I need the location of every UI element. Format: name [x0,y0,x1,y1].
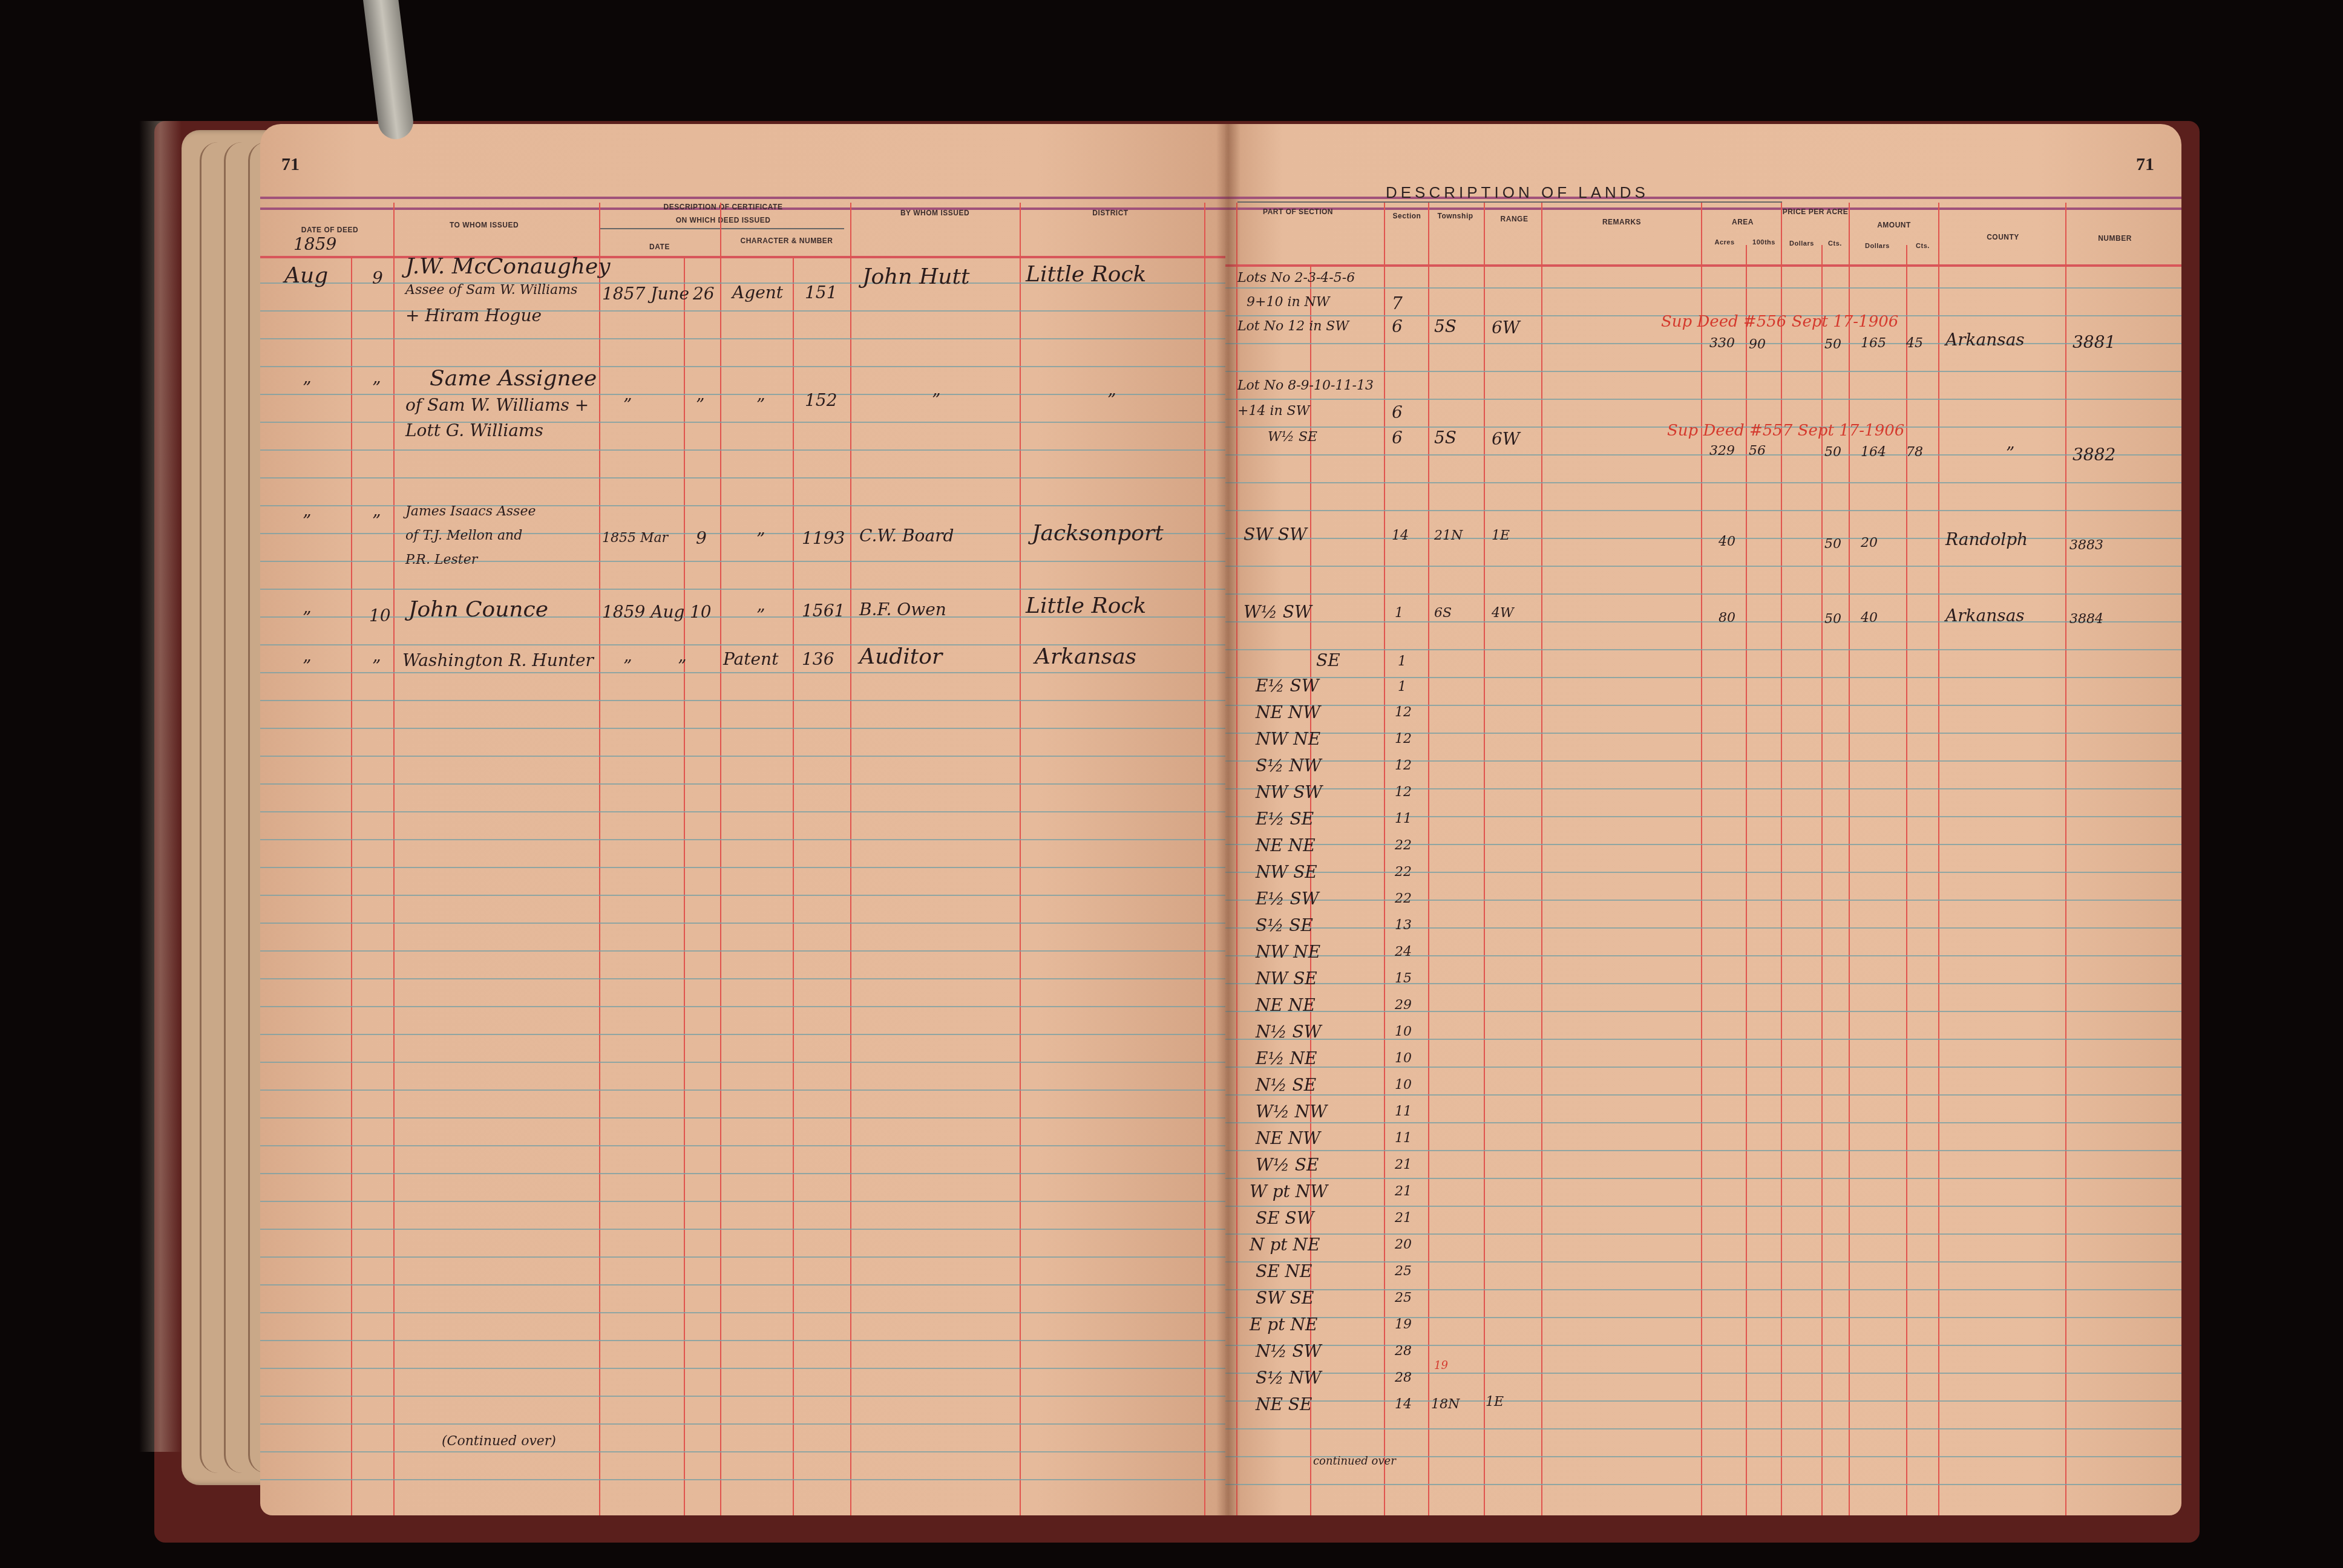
entry-2-district: ” [1107,390,1116,410]
land-part: SE NE [1256,1261,1312,1281]
col-district: DISTRICT [1017,209,1204,217]
land-section: 7 [1392,293,1403,313]
land-part: W½ SW [1244,602,1312,622]
ruled-line [1225,1484,2181,1485]
entry-5-by-whom: Auditor [859,644,942,669]
entry-1-grantee-1: J.W. McConaughey [405,254,611,279]
ruled-line [1225,927,2181,929]
col-line [1906,245,1907,1515]
land-section: 19 [1395,1317,1412,1332]
entry-5-cert-day: ” [678,656,686,676]
ruled-line [1225,482,2181,483]
ruled-line [260,1340,1231,1341]
land-township: 5S [1434,428,1457,448]
col-line [793,257,794,1515]
land-township: 21N [1434,528,1463,543]
metal-bookmark [363,0,415,141]
ruled-line [260,1201,1231,1202]
ruled-line [1225,593,2181,595]
entry-1-cert-day: 26 [693,284,715,304]
entry-2-grantee-1: Same Assignee [430,366,597,391]
ruled-line [260,978,1231,979]
ruled-line [1225,566,2181,567]
entry-2-cert-day: ” [696,395,704,415]
ruled-line [260,1368,1231,1369]
entry-2-grantee-2: of Sam W. Williams + [405,395,589,415]
acres: 40 [1719,534,1735,549]
ruled-line [260,1256,1231,1258]
record-number: 3882 [2073,445,2115,465]
land-part: NE SE [1256,1394,1312,1414]
land-part: NW NE [1256,729,1320,749]
amount-dollars: 40 [1861,610,1878,626]
col-line [599,203,600,1515]
ruled-line [1225,454,2181,456]
land-section: 12 [1395,731,1412,746]
land-section: 6 [1392,402,1403,422]
land-part: 9+10 in NW [1247,295,1329,310]
ruled-line [260,1173,1231,1174]
entry-5-cert-date: ” [623,656,632,676]
ruled-line [260,839,1231,840]
land-part: NW SE [1256,862,1317,882]
ruled-line [260,1284,1231,1285]
land-part: S½ SE [1256,915,1313,935]
ruled-line [1225,1011,2181,1012]
entry-4-month: ” [303,608,311,628]
ruled-line [260,1479,1231,1480]
land-section: 6 [1392,428,1403,448]
entry-3-grantee-2: of T.J. Mellon and [405,528,522,543]
ruled-line [1225,621,2181,622]
land-section: 10 [1395,1051,1412,1066]
ruled-line [1225,371,2181,372]
land-range: 1E [1486,1394,1504,1410]
col-character-number: CHARACTER & NUMBER [726,237,847,245]
col-area: AREA [1703,218,1782,226]
ruled-line [260,811,1231,812]
price-cts: 50 [1824,445,1841,460]
col-line [1020,203,1021,1515]
col-to-whom-issued: TO WHOM ISSUED [405,221,563,229]
ruled-line [260,672,1231,673]
header-band [1225,197,2181,210]
ruled-line [1225,677,2181,678]
ruled-line [1225,399,2181,400]
ruled-line [260,1062,1231,1063]
ruled-line [1225,1067,2181,1068]
land-part: SE SW [1256,1208,1314,1228]
record-number: 3884 [2069,612,2103,627]
col-price-dollars: Dollars [1782,240,1821,247]
land-township: 18N [1431,1397,1460,1412]
ruled-line [1225,844,2181,845]
county: Arkansas [1945,330,2025,350]
land-section: 29 [1395,998,1412,1013]
entry-2-month: ” [303,378,311,398]
ruled-line [1225,788,2181,789]
county: Randolph [1945,529,2028,549]
ruled-line [260,449,1231,451]
ruled-line [260,1229,1231,1230]
ruled-line [1225,510,2181,511]
land-section: 11 [1395,1131,1412,1146]
entry-4-cert-day: 10 [690,602,712,622]
land-township: 5S [1434,316,1457,336]
entry-5-month: ” [303,656,311,676]
col-cert-date: DATE [599,243,720,251]
entry-2-character: ” [756,395,765,415]
land-section: 20 [1395,1237,1412,1252]
ruled-line [260,1034,1231,1035]
remark-red: Sup Deed #557 Sept 17-1906 [1667,422,1904,440]
land-range: 6W [1492,429,1520,449]
col-line [393,203,395,1515]
land-part: SW SW [1244,524,1307,544]
land-township: 6S [1434,606,1452,621]
amount-dollars: 165 [1861,336,1886,351]
ruled-line [1225,1345,2181,1346]
ruled-line [1225,1039,2181,1040]
land-section: 1 [1398,654,1406,669]
ruled-line [260,1312,1231,1313]
land-section: 12 [1395,785,1412,800]
year-label: 1859 [293,234,336,254]
entry-1-month: Aug [284,263,328,288]
land-section: 11 [1395,811,1412,826]
remark-red: Sup Deed #556 Sept 17-1906 [1661,313,1898,331]
entry-5-grantee-1: Washington R. Hunter [402,650,594,670]
col-number: NUMBER [2066,234,2163,243]
ruled-line [1225,1206,2181,1207]
land-part: SE [1316,650,1340,670]
land-part: NE NE [1256,995,1316,1015]
land-range: 4W [1492,606,1514,621]
entry-3-character: ” [756,529,765,549]
land-part: E½ SW [1256,889,1319,909]
entry-5-number: 136 [802,649,834,669]
land-section: 21 [1395,1210,1412,1226]
ruled-line [260,923,1231,924]
entry-1-district: Little Rock [1026,262,1146,287]
ruled-line [260,1145,1231,1146]
ruled-line [1225,538,2181,539]
ruled-line [260,728,1231,729]
header-bottom-rule [1225,264,2181,267]
land-section: 22 [1395,838,1412,853]
ruled-line [1225,1373,2181,1374]
land-part: N pt NE [1250,1235,1320,1255]
col-section: Section [1386,212,1428,220]
price-cts: 50 [1824,537,1841,552]
page-number-right: 71 [2136,154,2154,175]
land-section: 15 [1395,971,1412,986]
land-part: Lot No 8-9-10-11-13 [1237,378,1374,393]
land-part: W pt NW [1250,1181,1328,1201]
ruled-line [260,783,1231,785]
land-part: S½ NW [1256,1368,1322,1388]
land-section: 28 [1395,1344,1412,1359]
col-range: RANGE [1486,215,1543,223]
entry-5-character: Patent [723,649,778,669]
entry-5-district: Arkansas [1035,644,1136,669]
ruled-line [1225,872,2181,873]
ruled-line [260,1396,1231,1397]
amount-dollars: 164 [1861,445,1886,460]
ruled-line [260,366,1231,367]
land-part: Lot No 12 in SW [1237,319,1349,334]
price-cts: 50 [1824,612,1841,627]
col-hundredths: 100ths [1746,239,1782,246]
land-part: N½ SW [1256,1022,1322,1042]
land-part: NW SW [1256,782,1322,802]
entry-1-grantee-2: Assee of Sam W. Williams [405,283,577,298]
ruled-line [1225,1178,2181,1179]
col-amount: AMOUNT [1849,221,1939,229]
land-part: E½ SW [1256,676,1319,696]
col-township: Township [1428,212,1483,220]
land-section: 12 [1395,758,1412,773]
entry-1-cert-date: 1857 June [602,284,689,304]
entry-1-grantee-3: + Hiram Hogue [405,305,542,325]
col-line [850,203,851,1515]
ruled-line [260,1117,1231,1119]
col-acres: Acres [1703,239,1746,246]
entry-3-district: Jacksonport [1032,521,1164,546]
land-section: 12 [1395,705,1412,720]
col-amount-dollars: Dollars [1849,243,1906,250]
ruled-line [1225,983,2181,984]
ruled-line [260,1006,1231,1007]
acres: 329 [1709,443,1735,459]
entry-3-day: ” [372,511,381,531]
land-section: 14 [1392,528,1409,543]
land-section: 24 [1395,944,1412,959]
entry-4-day: 10 [369,606,391,626]
right-page: 71 DESCRIPTION OF LANDS PART OF SECTION … [1225,124,2181,1515]
col-county: COUNTY [1939,233,2066,241]
ruled-line [260,867,1231,868]
entry-3-by-whom: C.W. Board [859,526,954,546]
entry-2-grantee-3: Lott G. Williams [405,420,543,440]
frayed-page-edges [139,121,182,1452]
continued-note-left: (Continued over) [442,1434,556,1449]
hundredths: 56 [1749,443,1766,459]
ruled-line [260,477,1231,479]
col-line [351,257,352,1515]
amount-dollars: 20 [1861,535,1878,550]
land-part: W½ NW [1256,1102,1327,1122]
col-part-of-section: PART OF SECTION [1237,207,1358,216]
land-section: 28 [1395,1370,1412,1385]
ruled-line [1225,900,2181,901]
ruled-line [260,338,1231,339]
header-divider [599,228,844,229]
entry-1-number: 151 [805,283,837,302]
entry-3-grantee-3: P.R. Lester [405,552,477,567]
land-part: SW SE [1256,1288,1314,1308]
col-price-cts: Cts. [1821,240,1849,247]
hundredths: 90 [1749,337,1766,352]
land-section: 10 [1395,1077,1412,1093]
land-part: E½ SE [1256,809,1314,829]
land-section: 1 [1398,679,1406,694]
entry-2-day: ” [372,378,381,398]
entry-4-district: Little Rock [1026,593,1146,618]
acres: 330 [1709,336,1735,351]
col-remarks: REMARKS [1543,218,1700,226]
land-part: W½ SE [1256,1155,1319,1175]
record-number: 3883 [2069,538,2103,553]
entry-2-number: 152 [805,390,837,410]
land-part: NW SE [1256,969,1317,988]
land-section: 10 [1395,1024,1412,1039]
land-section: 13 [1395,918,1412,933]
ruled-line [1225,287,2181,289]
col-line [720,203,721,1515]
acres: 80 [1719,610,1735,626]
ruled-line [260,589,1231,590]
land-part: N½ SE [1256,1075,1316,1095]
land-part: NE NW [1256,702,1320,722]
ruled-line [260,1089,1231,1091]
land-part: E pt NE [1250,1315,1317,1334]
land-section: 6 [1392,316,1403,336]
township-correction: 19 [1434,1359,1448,1372]
entry-4-by-whom: B.F. Owen [859,599,946,619]
county: ” [2006,443,2014,463]
land-section: 22 [1395,864,1412,880]
entry-4-character: ” [756,606,765,626]
ruled-line [1225,955,2181,956]
ruled-line [1225,1261,2181,1263]
land-part: S½ NW [1256,756,1322,776]
ruled-line [1225,649,2181,650]
entry-4-cert-date: 1859 Aug [602,602,684,622]
page-number-left: 71 [281,154,300,175]
land-range: 6W [1492,318,1520,338]
land-part: W½ SE [1268,430,1317,445]
ruled-line [260,756,1231,757]
ruled-line [1225,733,2181,734]
entry-3-cert-date: 1855 Mar [602,531,668,546]
land-part: E½ NE [1256,1048,1317,1068]
ruled-line [1225,1428,2181,1429]
land-section: 21 [1395,1184,1412,1199]
ruled-line [1225,1317,2181,1318]
ruled-line [1225,1122,2181,1123]
col-line [684,257,685,1515]
entry-1-character: Agent [732,283,783,302]
ruled-line [1225,705,2181,706]
col-certificate-sub: ON WHICH DEED ISSUED [599,216,847,224]
entry-4-grantee-1: John Counce [408,597,548,622]
entry-5-day: ” [372,656,381,676]
col-price-per-acre: PRICE PER ACRE [1782,207,1849,216]
land-section: 14 [1395,1397,1412,1412]
ruled-line [1225,816,2181,817]
ruled-line [1225,1094,2181,1096]
ruled-line [260,1423,1231,1425]
county: Arkansas [1945,606,2025,626]
ruled-line [260,950,1231,952]
ruled-line [1225,1289,2181,1290]
col-line [1204,203,1205,1515]
ruled-line [260,895,1231,896]
ruled-line [1225,1150,2181,1151]
land-section: 22 [1395,891,1412,906]
land-part: N½ SW [1256,1341,1322,1361]
entry-1-day: 9 [372,268,383,288]
land-section: 25 [1395,1290,1412,1305]
land-range: 1E [1492,528,1510,543]
amount-cts: 45 [1906,336,1923,351]
col-amount-cts: Cts. [1906,243,1939,250]
land-section: 21 [1395,1157,1412,1172]
land-part: Lots No 2-3-4-5-6 [1237,270,1355,286]
left-page: 71 DATE OF DEED TO WHOM ISSUED DESCRIPTI… [260,124,1231,1515]
entry-3-month: ” [303,511,311,531]
description-of-lands-title: DESCRIPTION OF LANDS [1386,183,1649,202]
land-section: 25 [1395,1264,1412,1279]
book-gutter [1216,124,1240,1515]
land-section: 11 [1395,1104,1412,1119]
price-cts: 50 [1824,337,1841,352]
land-section: 1 [1395,606,1403,621]
ruled-line [260,700,1231,701]
entry-1-by-whom: John Hutt [862,264,969,289]
col-date-of-deed: DATE OF DEED [284,226,375,234]
land-part: NE NE [1256,835,1316,855]
col-certificate-group: DESCRIPTION OF CERTIFICATE [599,203,847,211]
col-by-whom-issued: BY WHOM ISSUED [853,209,1017,217]
entry-4-number: 1561 [802,601,845,621]
entry-3-grantee-1: James Isaacs Assee [405,504,536,519]
continued-note-right: continued over [1313,1455,1396,1468]
ruled-line [260,1451,1231,1452]
header-divider [1237,201,1782,203]
entry-2-by-whom: ” [932,390,940,410]
ruled-line [1225,343,2181,344]
ruled-line [1225,1400,2181,1402]
land-part: +14 in SW [1237,403,1309,419]
entry-3-number: 1193 [802,528,845,548]
ruled-line [1225,760,2181,762]
amount-cts: 78 [1906,445,1923,460]
entry-3-cert-day: 9 [696,528,707,548]
land-part: NE NW [1256,1128,1320,1148]
ruled-line [1225,1233,2181,1235]
land-part: NW NE [1256,942,1320,962]
entry-2-cert-date: ” [623,395,632,415]
record-number: 3881 [2073,332,2115,352]
